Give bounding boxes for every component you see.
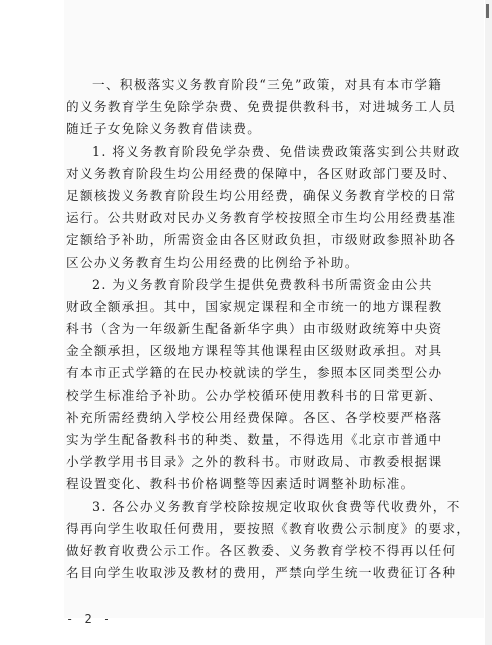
text-line: 随迁子女免除义务教育借读费。 [66,118,426,140]
text-line: 校学生标准给予补助。公办学校循环使用教科书的日常更新、 [66,385,426,407]
text-line: 得再向学生收取任何费用，要按照《教育收费公示制度》的要求， [66,518,426,540]
vertical-scrollbar[interactable] [485,0,492,645]
text-line: 程设置变化、教科书价格调整等因素适时调整补助标准。 [66,473,426,495]
text-line: 做好教育收费公示工作。各区教委、义务教育学校不得再以任何 [66,540,426,562]
document-body: 一、积极落实义务教育阶段“三免”政策，对具有本市学籍 的义务教育学生免除学杂费、… [66,74,426,584]
text-line: 1. 将义务教育阶段免学杂费、免借读费政策落实到公共财政 [66,141,426,163]
text-line: 一、积极落实义务教育阶段“三免”政策，对具有本市学籍 [66,74,426,96]
text-line: 3. 各公办义务教育学校除按规定收取伙食费等代收费外，不 [66,496,426,518]
text-line: 对义务教育阶段生均公用经费的保障中，各区财政部门要及时、 [66,163,426,185]
text-line: 名目向学生收取涉及教材的费用，严禁向学生统一收费征订各种 [66,562,426,584]
text-line: 实为学生配备教科书的种类、数量，不得选用《北京市普通中 [66,429,426,451]
text-line: 区公办义务教育生均公用经费的比例给予补助。 [66,252,426,274]
text-line: 足额核拨义务教育阶段生均公用经费，确保义务教育学校的日常 [66,185,426,207]
text-line: 补充所需经费纳入学校公用经费保障。各区、各学校要严格落 [66,407,426,429]
page-number: - 2 - [66,612,112,626]
text-line: 运行。公共财政对民办义务教育学校按照全市生均公用经费基准 [66,207,426,229]
scrollbar-thumb[interactable] [486,4,489,18]
text-line: 定额给予补助，所需资金由各区财政负担，市级财政参照补助各 [66,229,426,251]
text-line: 财政全额承担。其中，国家规定课程和全市统一的地方课程教 [66,296,426,318]
text-line: 小学教学用书目录》之外的教科书。市财政局、市教委根据课 [66,451,426,473]
text-line: 2. 为义务教育阶段学生提供免费教科书所需资金由公共 [66,274,426,296]
text-line: 的义务教育学生免除学杂费、免费提供教科书，对进城务工人员 [66,96,426,118]
text-line: 有本市正式学籍的在民办校就读的学生，参照本区同类型公办 [66,362,426,384]
text-line: 科书（含为一年级新生配备新华字典）由市级财政统筹中央资 [66,318,426,340]
text-line: 金全额承担，区级地方课程等其他课程由区级财政承担。对具 [66,340,426,362]
